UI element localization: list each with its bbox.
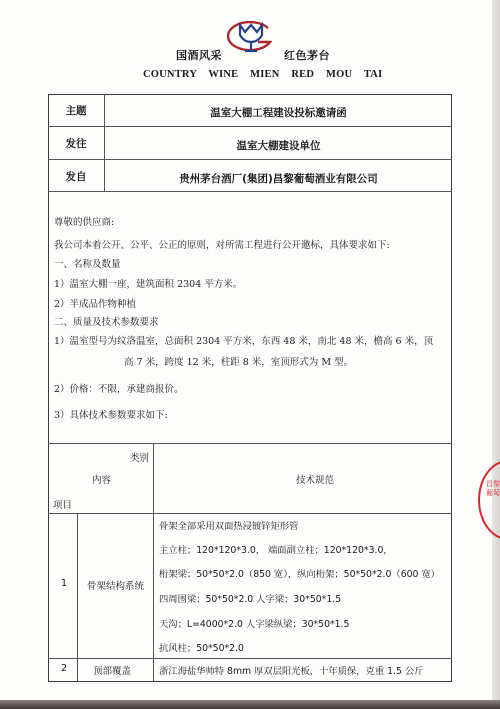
spec-label: 技术规范 <box>296 472 334 486</box>
list-item: 2）半成品作物种植 <box>54 296 136 310</box>
row-number: 1 <box>61 578 67 589</box>
header-row-subject: 主题 温室大棚工程建设投标邀请函 <box>48 94 452 127</box>
header-label: 发往 <box>48 127 105 159</box>
spec-line: 天沟；L=4000*2.0 人字梁纵梁；30*50*1.5 <box>159 616 349 630</box>
intro-paragraph: 我公司本着公开、公平、公正的原则，对所需工程进行公开邀标，具体要求如下: <box>54 237 390 251</box>
row-name: 顶部覆盖 <box>93 663 131 677</box>
column-divider <box>153 444 154 682</box>
spec-line: 骨架全部采用双面热浸镀锌矩形管 <box>159 518 298 532</box>
header-row-to: 发往 温室大棚建设单位 <box>48 127 452 160</box>
header-label: 主题 <box>48 94 105 126</box>
content-label: 内容 <box>92 472 111 486</box>
header-value: 贵州茅台酒厂(集团)昌黎葡萄酒业有限公司 <box>105 160 452 202</box>
slogan-left: 国酒风采 <box>176 47 222 63</box>
page-edge <box>492 0 500 700</box>
row-name: 骨架结构系统 <box>87 578 144 592</box>
header-row-from: 发自 贵州茅台酒厂(集团)昌黎葡萄酒业有限公司 <box>48 160 452 192</box>
list-item: 1）温室大棚一座，建筑面积 2304 平方米。 <box>54 276 242 290</box>
spec-line: 浙江海盐华帅特 8mm 厚双层阳光板，十年质保，克重 1.5 公斤 <box>159 663 423 677</box>
row-divider <box>48 658 452 659</box>
mg-logo-icon <box>224 20 278 54</box>
spec-line: 抗风柱；50*50*2.0 <box>159 640 244 654</box>
list-item: 1）温室型号为纹洛温室，总面积 2304 平方米，东西 48 米，南北 48 米… <box>54 333 433 347</box>
seal-text: 昌黎葡萄 <box>486 480 500 498</box>
spec-line: 主立柱；120*120*3.0， 端面副立柱；120*120*3.0， <box>159 542 393 556</box>
spec-line: 桁架梁；50*50*2.0（850 宽），纵向桁架；50*50*2.0（600 … <box>159 566 440 580</box>
section-title: 二、质量及技术参数要求 <box>54 314 159 328</box>
slogan-right: 红色茅台 <box>284 47 330 63</box>
item-label: 项目 <box>53 497 72 511</box>
section-title: 一、名称及数量 <box>54 256 121 270</box>
page-edge <box>0 700 500 709</box>
row-number: 2 <box>61 663 67 674</box>
list-item: 2）价格：不限，承建商报价。 <box>54 381 184 395</box>
spec-table: 类别 内容 项目 技术规范 1 骨架结构系统 骨架全部采用双面热浸镀锌矩形管 主… <box>48 443 452 682</box>
column-divider <box>77 513 78 682</box>
row-divider <box>48 513 452 514</box>
list-item-continued: 高 7 米，跨度 12 米，柱距 8 米，室顶形式为 M 型。 <box>124 354 353 368</box>
list-item: 3）具体技术参数要求如下: <box>54 407 168 421</box>
spec-line: 四周围梁；50*50*2.0 人字梁；30*50*1.5 <box>159 591 341 605</box>
slogan-english: COUNTRY WINE MIEN RED MOU TAI <box>143 69 382 80</box>
header-label: 发自 <box>48 160 105 191</box>
category-label: 类别 <box>130 450 149 464</box>
greeting: 尊敬的供应商: <box>54 214 114 228</box>
